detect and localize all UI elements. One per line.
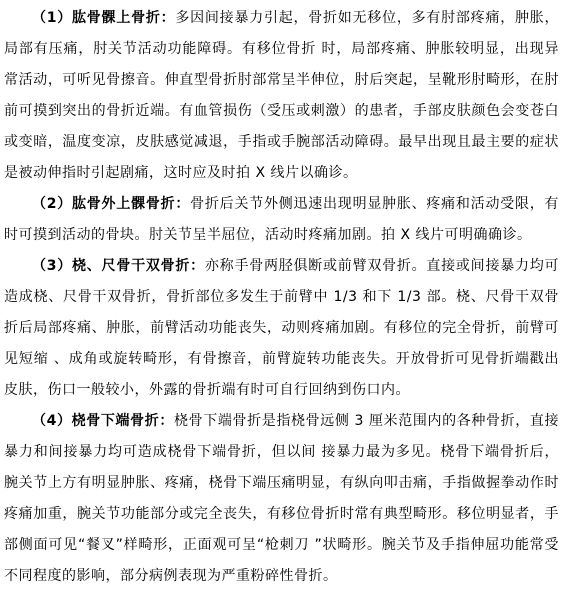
paragraph-3-heading: （3）桡、尺骨干双骨折： — [32, 258, 205, 274]
paragraph-distal-radius-fracture: （4）桡骨下端骨折：桡骨下端骨折是指桡骨远侧 3 厘米范围内的各种骨折，直接暴力… — [4, 406, 559, 592]
paragraph-2-heading: （2）肱骨外上髁骨折： — [32, 196, 190, 212]
paragraph-1-body: 多因间接暴力引起，骨折如无移位，多有肘部疼痛，肿胀，局部有压痛，肘关节活动功能障… — [4, 10, 559, 181]
paragraph-4-heading: （4）桡骨下端骨折： — [32, 413, 174, 429]
document-page: （1）肱骨髁上骨折：多因间接暴力引起，骨折如无移位，多有肘部疼痛，肿胀，局部有压… — [0, 0, 564, 594]
paragraph-radius-ulna-shaft-fracture: （3）桡、尺骨干双骨折：亦称手骨两胫俱断或前臂双骨折。直接或间接暴力均可造成桡、… — [4, 251, 559, 406]
paragraph-lateral-epicondyle-fracture: （2）肱骨外上髁骨折：骨折后关节外侧迅速出现明显肿胀、疼痛和活动受限，有时可摸到… — [4, 189, 559, 251]
paragraph-1-heading: （1）肱骨髁上骨折： — [32, 10, 175, 26]
paragraph-4-body: 桡骨下端骨折是指桡骨远侧 3 厘米范围内的各种骨折，直接暴力和间接暴力均可造成桡… — [4, 413, 559, 584]
paragraph-supracondylar-humerus-fracture: （1）肱骨髁上骨折：多因间接暴力引起，骨折如无移位，多有肘部疼痛，肿胀，局部有压… — [4, 3, 559, 189]
paragraph-3-body: 亦称手骨两胫俱断或前臂双骨折。直接或间接暴力均可造成桡、尺骨干双骨折，骨折部位多… — [4, 258, 559, 398]
